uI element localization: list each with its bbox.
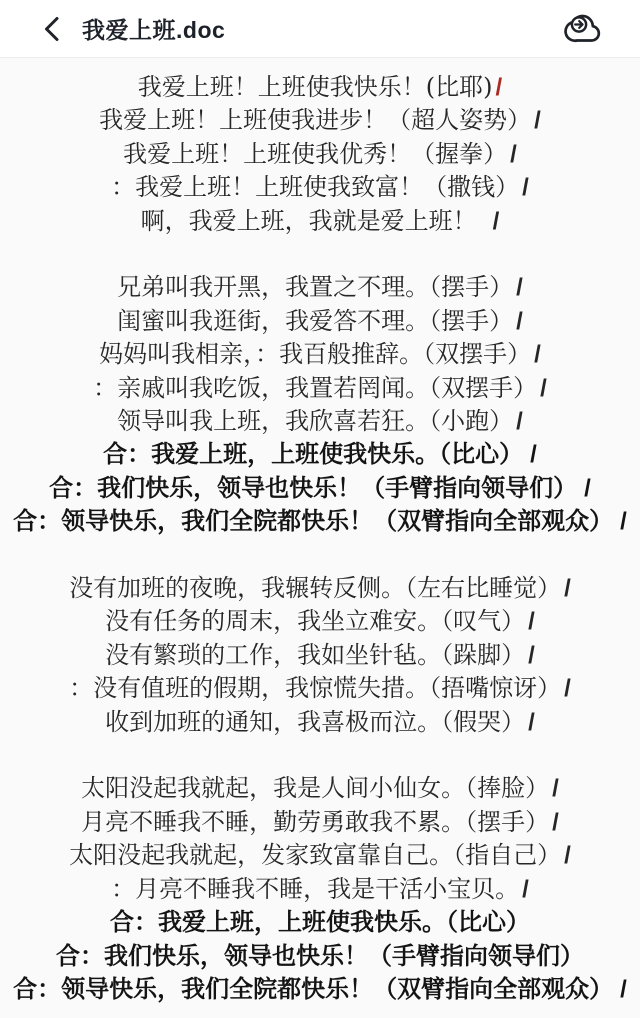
document-line: 没有任务的周末，我坐立难安。（叹气）/ (0, 605, 640, 638)
slash-mark: / (552, 775, 559, 802)
document-line: 啊，我爱上班，我就是爱上班！/ (0, 205, 640, 238)
slash-mark: / (534, 107, 541, 134)
line-text: 啊，我爱上班，我就是爱上班！ (141, 207, 477, 235)
slash-mark: / (522, 876, 529, 903)
document-line: 没有加班的夜晚，我辗转反侧。（左右比睡觉）/ (0, 572, 640, 605)
document-line: 合：领导快乐，我们全院都快乐！（双臂指向全部观众）/ (0, 505, 640, 538)
back-button[interactable] (42, 15, 64, 43)
stanza: 没有加班的夜晚，我辗转反侧。（左右比睡觉）/没有任务的周末，我坐立难安。（叹气）… (0, 572, 640, 739)
slash-mark: / (564, 842, 571, 869)
document-line: 收到加班的通知，我喜极而泣。（假哭）/ (0, 706, 640, 739)
line-text: ：我爱上班！上班使我致富！（撒钱） (111, 173, 519, 201)
line-text: ：没有值班的假期，我惊慌失措。（捂嘴惊讶） (69, 674, 561, 702)
document-line: 我爱上班！上班使我优秀！（握拳）/ (0, 138, 640, 171)
line-text: 闺蜜叫我逛街，我爱答不理。（摆手） (117, 307, 513, 335)
line-text: 合：我爱上班，上班使我快乐。（比心） (103, 441, 523, 468)
line-text: ：亲戚叫我吃饭，我置若罔闻。（双摆手） (93, 374, 537, 402)
line-text: 月亮不睡我不睡，勤劳勇敢我不累。（摆手） (81, 808, 549, 836)
slash-mark: / (552, 809, 559, 836)
document-line: ：没有值班的假期，我惊慌失措。（捂嘴惊讶）/ (0, 672, 640, 705)
line-text: 妈妈叫我相亲，：我百般推辞。（双摆手） (99, 340, 531, 368)
document-line: 闺蜜叫我逛街，我爱答不理。（摆手）/ (0, 305, 640, 338)
document-line: 妈妈叫我相亲，：我百般推辞。（双摆手）/ (0, 338, 640, 371)
slash-mark: / (493, 208, 500, 235)
slash-mark: / (522, 174, 529, 201)
chevron-left-icon (42, 15, 64, 43)
line-text: 收到加班的通知，我喜极而泣。（假哭） (105, 708, 525, 736)
document-scroll-area[interactable]: 我爱上班！上班使我快乐！(比耶)/我爱上班！上班使我进步！（超人姿势）/我爱上班… (0, 58, 640, 1018)
document-line: 月亮不睡我不睡，勤劳勇敢我不累。（摆手）/ (0, 806, 640, 839)
line-text: 合：我们快乐，领导也快乐！（手臂指向领导们） (56, 943, 584, 970)
line-text: ：月亮不睡我不睡，我是干活小宝贝。 (111, 875, 519, 903)
line-text: 我爱上班！上班使我快乐！(比耶) (138, 73, 493, 101)
stanza: 太阳没起我就起，我是人间小仙女。（捧脸）/月亮不睡我不睡，勤劳勇敢我不累。（摆手… (0, 772, 640, 1006)
document-line: 我爱上班！上班使我进步！（超人姿势）/ (0, 104, 640, 137)
slash-mark: / (510, 141, 517, 168)
document-line: 合：我爱上班，上班使我快乐。（比心）/ (0, 438, 640, 471)
slash-mark: / (516, 408, 523, 435)
document-line: 我爱上班！上班使我快乐！(比耶)/ (0, 71, 640, 104)
cloud-share-icon (564, 12, 604, 46)
stanza: 我爱上班！上班使我快乐！(比耶)/我爱上班！上班使我进步！（超人姿势）/我爱上班… (0, 71, 640, 238)
line-text: 合：领导快乐，我们全院都快乐！（双臂指向全部观众） (13, 976, 613, 1003)
slash-mark: / (528, 608, 535, 635)
line-text: 合：我们快乐，领导也快乐！（手臂指向领导们） (49, 475, 577, 502)
document-line: ：月亮不睡我不睡，我是干活小宝贝。/ (0, 873, 640, 906)
document-line: 太阳没起我就起，发家致富靠自己。（指自己）/ (0, 839, 640, 872)
red-slash-mark: / (496, 74, 503, 101)
slash-mark: / (584, 475, 591, 502)
line-text: 合：我爱上班，上班使我快乐。（比心） (110, 909, 530, 936)
slash-mark: / (620, 976, 627, 1003)
document-line: 太阳没起我就起，我是人间小仙女。（捧脸）/ (0, 772, 640, 805)
line-text: 没有加班的夜晚，我辗转反侧。（左右比睡觉） (69, 574, 561, 602)
document-line: 合：我们快乐，领导也快乐！（手臂指向领导们）/ (0, 472, 640, 505)
document-title: 我爱上班.doc (82, 12, 225, 45)
title-bar: 我爱上班.doc (0, 0, 640, 58)
slash-mark: / (516, 274, 523, 301)
line-text: 太阳没起我就起，发家致富靠自己。（指自己） (69, 841, 561, 869)
slash-mark: / (564, 575, 571, 602)
share-button[interactable] (564, 12, 604, 46)
slash-mark: / (516, 308, 523, 335)
slash-mark: / (530, 441, 537, 468)
document-line: 兄弟叫我开黑，我置之不理。（摆手）/ (0, 271, 640, 304)
document-line: ：亲戚叫我吃饭，我置若罔闻。（双摆手）/ (0, 372, 640, 405)
document-line: 领导叫我上班，我欣喜若狂。（小跑）/ (0, 405, 640, 438)
line-text: 没有任务的周末，我坐立难安。（叹气） (105, 607, 525, 635)
slash-mark: / (620, 508, 627, 535)
document-line: 合：我爱上班，上班使我快乐。（比心） (0, 906, 640, 939)
slash-mark: / (528, 642, 535, 669)
document-line: 合：领导快乐，我们全院都快乐！（双臂指向全部观众）/ (0, 973, 640, 1006)
line-text: 我爱上班！上班使我优秀！（握拳） (123, 140, 507, 168)
slash-mark: / (528, 709, 535, 736)
stanza: 兄弟叫我开黑，我置之不理。（摆手）/闺蜜叫我逛街，我爱答不理。（摆手）/妈妈叫我… (0, 271, 640, 538)
slash-mark: / (534, 341, 541, 368)
line-text: 太阳没起我就起，我是人间小仙女。（捧脸） (81, 774, 549, 802)
slash-mark: / (540, 375, 547, 402)
line-text: 我爱上班！上班使我进步！（超人姿势） (99, 106, 531, 134)
slash-mark: / (564, 675, 571, 702)
line-text: 领导叫我上班，我欣喜若狂。（小跑） (117, 407, 513, 435)
document-body: 我爱上班！上班使我快乐！(比耶)/我爱上班！上班使我进步！（超人姿势）/我爱上班… (0, 71, 640, 1006)
document-line: 没有繁琐的工作，我如坐针毡。（跺脚）/ (0, 639, 640, 672)
document-line: ：我爱上班！上班使我致富！（撒钱）/ (0, 171, 640, 204)
line-text: 合：领导快乐，我们全院都快乐！（双臂指向全部观众） (13, 508, 613, 535)
line-text: 没有繁琐的工作，我如坐针毡。（跺脚） (105, 641, 525, 669)
document-line: 合：我们快乐，领导也快乐！（手臂指向领导们） (0, 940, 640, 973)
line-text: 兄弟叫我开黑，我置之不理。（摆手） (117, 273, 513, 301)
